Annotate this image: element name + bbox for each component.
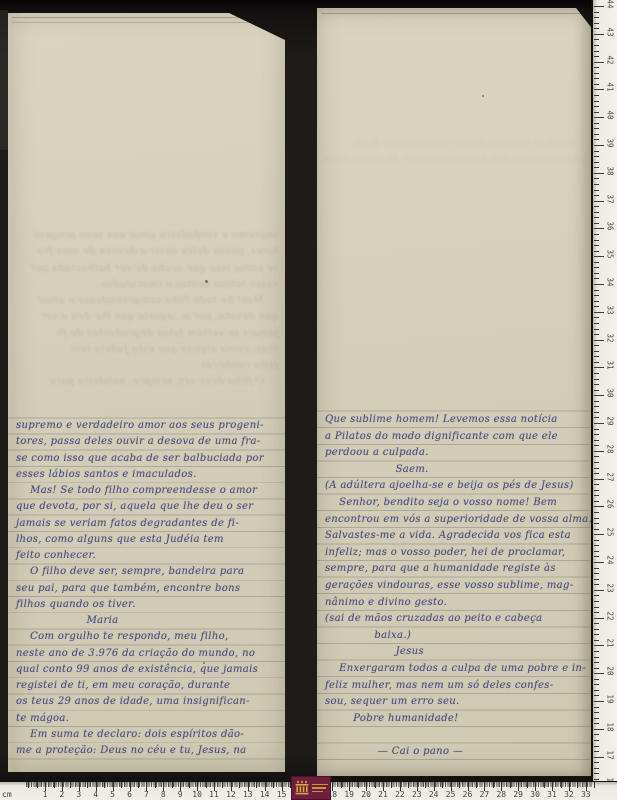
- ruler-number: 17: [606, 750, 615, 764]
- ruler-tick: [594, 290, 599, 291]
- handwritten-line: esses lábios santos e imaculados.: [18, 277, 278, 293]
- handwritten-line: perdoou a culpada.: [325, 445, 589, 462]
- ruler-tick: [121, 782, 122, 788]
- ruler-tick: [594, 468, 599, 469]
- ruler-tick: [594, 284, 604, 285]
- ruler-number: 23: [606, 583, 615, 597]
- handwritten-line: Senhor, bendito seja o vosso nome! Bem: [325, 495, 589, 512]
- ruler-tick: [594, 573, 599, 574]
- ruler-tick: [594, 445, 599, 446]
- ruler-number: 26: [463, 790, 473, 799]
- handwritten-line: filhos quando os tiver.: [16, 597, 280, 613]
- ruler-tick: [594, 112, 599, 113]
- ruler-tick: [594, 629, 599, 630]
- bleedthrough-text: supremo e verdadeiro amor aos seus proge…: [18, 228, 278, 391]
- ruler-tick: [594, 312, 604, 313]
- ruler-number: 32: [606, 333, 615, 347]
- ruler-tick: [594, 701, 604, 702]
- handwritten-line: neste ano de 3.976 da criação do mundo, …: [16, 646, 280, 662]
- handwritten-line: me a proteção: Deus no céu e tu, Jesus, …: [16, 743, 280, 759]
- ruler-tick: [594, 178, 599, 179]
- handwritten-line: registei de ti, em meu coração, durante: [16, 678, 280, 694]
- ruler-tick: [408, 782, 409, 788]
- ruler-tick: [594, 623, 599, 624]
- ruler-tick: [493, 782, 494, 788]
- handwritten-line: Com orgulho te respondo, meu filho,: [16, 629, 280, 645]
- handwritten-line: Pobre humanidade!: [325, 711, 589, 728]
- ruler-tick: [594, 540, 599, 541]
- ruler-number: 21: [378, 790, 388, 799]
- ruler-number: 19: [606, 695, 615, 709]
- ruler-tick: [594, 684, 599, 685]
- ruler-number: 9: [178, 790, 183, 799]
- ruler-tick: [594, 351, 599, 352]
- ruler-tick: [594, 673, 604, 674]
- handwritten-line: sempre, para que a humanidade registe às: [325, 561, 589, 578]
- ruler-number: 36: [606, 222, 615, 236]
- ruler-tick: [594, 117, 604, 118]
- ruler-tick: [594, 645, 604, 646]
- ruler-tick: [594, 373, 599, 374]
- handwritten-line: O filho deve ser, sempre, bandeira para: [16, 564, 280, 580]
- ruler-tick: [594, 440, 599, 441]
- ruler-tick: [594, 51, 599, 52]
- ruler-tick: [476, 782, 477, 788]
- ruler-tick: [104, 782, 105, 788]
- ruler-number: 22: [606, 611, 615, 625]
- ruler-tick: [594, 401, 599, 402]
- ruler-tick: [594, 782, 595, 788]
- ruler-number: 31: [547, 790, 557, 799]
- ruler-tick: [594, 273, 599, 274]
- handwritten-line: Jesus: [325, 644, 589, 661]
- paper-speck: [203, 662, 205, 664]
- ruler-tick: [594, 501, 599, 502]
- ruler-tick: [594, 173, 604, 174]
- ruler-tick: [594, 278, 599, 279]
- ruler-tick: [273, 782, 274, 788]
- ruler-tick: [239, 782, 240, 788]
- handwritten-line: esses lábios santos e imaculados.: [16, 467, 280, 483]
- ruler-tick: [594, 662, 599, 663]
- ruler-tick: [594, 545, 599, 546]
- ruler-tick: [561, 782, 562, 788]
- ruler-tick: [28, 782, 29, 788]
- ruler-tick: [594, 412, 599, 413]
- ruler-tick: [594, 317, 599, 318]
- ruler-number: 40: [606, 111, 615, 125]
- handwritten-line: os teus 29 anos de idade, uma insignific…: [16, 694, 280, 710]
- handwritten-line: tores, passa deles ouvir a desova de uma…: [16, 434, 280, 450]
- ruler-number: 13: [243, 790, 253, 799]
- ruler-tick: [594, 601, 599, 602]
- ruler-number: 31: [606, 361, 615, 375]
- handwritten-line: (A adúltera ajoelha-se e beija os pés de…: [325, 478, 589, 495]
- ruler-tick: [594, 89, 604, 90]
- ruler-tick: [594, 334, 599, 335]
- stamp-text-lines: [312, 784, 328, 793]
- ruler-tick: [594, 56, 599, 57]
- handwritten-line: supremo e verdadeiro amor aos seus proge…: [18, 228, 278, 244]
- ruler-tick: [594, 668, 599, 669]
- handwritten-line: infeliz; mas o vosso poder, hei de procl…: [325, 545, 589, 562]
- ruler-tick: [594, 240, 599, 241]
- ruler-tick: [594, 184, 599, 185]
- ruler-number: 30: [530, 790, 540, 799]
- ruler-tick: [594, 595, 599, 596]
- ruler-tick: [594, 429, 599, 430]
- ruler-number: 29: [513, 790, 523, 799]
- ruler-unit-label: cm: [2, 790, 12, 799]
- ruler-number: 8: [161, 790, 166, 799]
- handwritten-line: — Cai o pano —: [325, 744, 589, 761]
- handwritten-line: Senhor, bendito seja o vosso nome! Bem: [327, 136, 587, 152]
- ruler-number: 24: [429, 790, 439, 799]
- ruler-number: 14: [260, 790, 270, 799]
- manuscript-scan: supremo e verdadeiro amor aos seus proge…: [0, 0, 617, 800]
- ruler-tick: [594, 23, 599, 24]
- ruler-number: 34: [606, 278, 615, 292]
- ruler-tick: [594, 101, 599, 102]
- vertical-ruler: 4443424140393837363534333231302928272625…: [591, 0, 617, 782]
- ruler-tick: [594, 12, 599, 13]
- ruler-tick: [594, 379, 599, 380]
- ruler-number: 26: [606, 500, 615, 514]
- ruler-tick: [70, 782, 71, 788]
- ruler-number: 33: [581, 790, 591, 799]
- ruler-number: 5: [110, 790, 115, 799]
- paper-speck: [482, 95, 484, 97]
- ruler-tick: [54, 782, 55, 788]
- ruler-tick: [594, 201, 604, 202]
- ruler-number: 12: [226, 790, 236, 799]
- ruler-number: 25: [606, 528, 615, 542]
- ruler-tick: [594, 607, 599, 608]
- right-page: Senhor, bendito seja o vosso nome! Bemen…: [317, 8, 594, 776]
- ruler-number: 24: [606, 556, 615, 570]
- ruler-tick: [594, 151, 599, 152]
- ruler-number: 43: [606, 27, 615, 41]
- handwritten-line: Mas! Se todo filho compreendesse o amor: [16, 483, 280, 499]
- ruler-tick: [594, 534, 604, 535]
- ruler-number: 3: [76, 790, 81, 799]
- ruler-tick: [594, 779, 599, 780]
- ruler-tick: [594, 145, 604, 146]
- ruler-tick: [459, 782, 460, 788]
- ruler-tick: [594, 139, 599, 140]
- right-page-handwriting: Que sublime homem! Levemos essa notíciaa…: [325, 412, 589, 760]
- ruler-number: 23: [412, 790, 422, 799]
- ruler-tick: [594, 39, 599, 40]
- ruler-tick: [594, 679, 599, 680]
- ruler-number: 2: [59, 790, 64, 799]
- ruler-number: 33: [606, 305, 615, 319]
- ruler-tick: [594, 518, 599, 519]
- ruler-tick: [594, 773, 599, 774]
- ruler-tick: [594, 212, 599, 213]
- ruler-tick: [594, 134, 599, 135]
- ruler-tick: [594, 512, 599, 513]
- ruler-tick: [189, 782, 190, 788]
- ruler-tick: [594, 167, 599, 168]
- library-building-icon: [294, 780, 310, 796]
- ruler-tick: [138, 782, 139, 788]
- ruler-tick: [594, 84, 599, 85]
- ruler-tick: [594, 568, 599, 569]
- ruler-number: 4: [93, 790, 98, 799]
- ruler-tick: [594, 73, 599, 74]
- ruler-number: 35: [606, 250, 615, 264]
- ruler-number: 44: [606, 0, 615, 14]
- handwritten-line: encontrou em vós a superioridade de voss…: [325, 512, 589, 529]
- ruler-tick: [594, 262, 599, 263]
- ruler-tick: [594, 106, 599, 107]
- ruler-tick: [256, 782, 257, 788]
- ruler-tick: [594, 245, 599, 246]
- ruler-tick: [594, 45, 599, 46]
- ruler-tick: [594, 28, 599, 29]
- ruler-number: 7: [144, 790, 149, 799]
- handwritten-line: sou, sequer um erro seu.: [325, 694, 589, 711]
- ruler-number: 41: [606, 83, 615, 97]
- left-page-handwriting: supremo e verdadeiro amor aos seus proge…: [16, 418, 280, 759]
- ruler-number: 22: [395, 790, 405, 799]
- ruler-tick: [594, 434, 599, 435]
- ruler-tick: [594, 768, 599, 769]
- ruler-tick: [594, 223, 599, 224]
- handwritten-line: Que sublime homem! Levemos essa notícia: [325, 412, 589, 429]
- ruler-tick: [594, 406, 599, 407]
- ruler-tick: [594, 34, 604, 35]
- ruler-number: 6: [127, 790, 132, 799]
- ruler-tick: [594, 156, 599, 157]
- ruler-tick: [358, 782, 359, 788]
- ruler-tick: [594, 228, 604, 229]
- ruler-tick: [594, 590, 604, 591]
- ruler-tick: [594, 6, 604, 7]
- ruler-tick: [594, 128, 599, 129]
- ruler-tick: [594, 329, 599, 330]
- ruler-tick: [594, 340, 604, 341]
- ruler-tick: [594, 729, 604, 730]
- ruler-tick: [594, 251, 599, 252]
- handwritten-line: que devota, por si, aquela que lhe deu o…: [18, 309, 278, 325]
- ruler-number: 19: [344, 790, 354, 799]
- ruler-tick: [87, 782, 88, 788]
- ruler-tick: [594, 456, 599, 457]
- ruler-tick: [594, 195, 599, 196]
- ruler-tick: [594, 62, 604, 63]
- handwritten-line: Em suma te declaro: dois espíritos dão-: [16, 727, 280, 743]
- ruler-tick: [594, 306, 599, 307]
- ruler-tick: [341, 782, 342, 788]
- ruler-tick: [594, 395, 604, 396]
- ruler-number: 30: [606, 389, 615, 403]
- ruler-tick: [594, 367, 604, 368]
- handwritten-line: gerações vindouras, esse vosso sublime, …: [325, 578, 589, 595]
- ruler-tick: [594, 551, 599, 552]
- ruler-tick: [594, 712, 599, 713]
- ruler-tick: [594, 718, 599, 719]
- handwritten-line: [325, 727, 589, 744]
- ruler-tick: [155, 782, 156, 788]
- ruler-number: 38: [606, 166, 615, 180]
- ruler-number: 28: [606, 444, 615, 458]
- handwritten-line: tores, passa deles ouvir a desova de uma…: [18, 244, 278, 260]
- ruler-number: 15: [277, 790, 287, 799]
- ruler-number: 28: [496, 790, 506, 799]
- handwritten-line: Mas! Se todo filho compreendesse o amor: [18, 293, 278, 309]
- ruler-tick: [375, 782, 376, 788]
- ruler-tick: [527, 782, 528, 788]
- handwritten-line: qual conto 99 anos de existência, que ja…: [16, 662, 280, 678]
- ruler-tick: [594, 634, 599, 635]
- ruler-tick: [594, 295, 599, 296]
- ruler-number: 25: [446, 790, 456, 799]
- ruler-tick: [594, 657, 599, 658]
- ruler-number: 42: [606, 55, 615, 69]
- ruler-tick: [594, 390, 599, 391]
- ruler-tick: [594, 95, 599, 96]
- handwritten-line: Salvastes-me a vida. Agradecida vos fica…: [325, 528, 589, 545]
- ruler-tick: [594, 345, 599, 346]
- ruler-tick: [594, 234, 599, 235]
- ruler-tick: [594, 356, 599, 357]
- ruler-tick: [594, 584, 599, 585]
- ruler-tick: [594, 690, 599, 691]
- ruler-tick: [222, 782, 223, 788]
- ruler-tick: [594, 123, 599, 124]
- sheet-edge: [12, 17, 279, 18]
- ruler-tick: [594, 506, 604, 507]
- ruler-tick: [594, 267, 599, 268]
- left-page: supremo e verdadeiro amor aos seus proge…: [8, 13, 285, 772]
- handwritten-line: encontrou em vós a superioridade de voss…: [327, 152, 587, 168]
- ruler-number: 27: [480, 790, 490, 799]
- handwritten-line: a Pilatos do modo dignificante com que e…: [325, 429, 589, 446]
- ruler-number: 39: [606, 139, 615, 153]
- ruler-number: 37: [606, 194, 615, 208]
- ruler-tick: [594, 529, 599, 530]
- bleedthrough-text: Senhor, bendito seja o vosso nome! Bemen…: [327, 136, 587, 169]
- ruler-tick: [594, 751, 599, 752]
- handwritten-line: jamais se veriam fatos degradantes de fi…: [16, 516, 280, 532]
- handwritten-line: feito conhecer.: [16, 548, 280, 564]
- ruler-tick: [594, 651, 599, 652]
- ruler-tick: [206, 782, 207, 788]
- ruler-tick: [594, 323, 599, 324]
- ruler-tick: [594, 556, 599, 557]
- ruler-tick: [594, 384, 599, 385]
- handwritten-line: feito conhecer.: [18, 358, 278, 374]
- handwritten-line: seu pai, para que também, encontre bons: [16, 581, 280, 597]
- ruler-tick: [594, 423, 604, 424]
- handwritten-line: supremo e verdadeiro amor aos seus proge…: [16, 418, 280, 434]
- handwritten-line: feliz mulher, mas nem um só deles confes…: [325, 678, 589, 695]
- ruler-tick: [594, 256, 604, 257]
- ruler-number: 10: [192, 790, 202, 799]
- ruler-number: 18: [606, 722, 615, 736]
- ruler-tick: [594, 206, 599, 207]
- ruler-tick: [594, 217, 599, 218]
- ruler-tick: [594, 640, 599, 641]
- ruler-tick: [442, 782, 443, 788]
- handwritten-line: lhos, como alguns que esta Judéia tem: [16, 532, 280, 548]
- ruler-number: 21: [606, 639, 615, 653]
- ruler-tick: [594, 484, 599, 485]
- ruler-tick: [594, 190, 599, 191]
- library-logo-stamp: [291, 776, 331, 800]
- ruler-tick: [594, 473, 599, 474]
- ruler-tick: [172, 782, 173, 788]
- ruler-tick: [594, 695, 599, 696]
- ruler-tick: [510, 782, 511, 788]
- handwritten-line: se como isso que acaba de ser balbuciada…: [18, 261, 278, 277]
- ruler-tick: [594, 490, 599, 491]
- ruler-tick: [594, 417, 599, 418]
- ruler-tick: [594, 362, 599, 363]
- sheet-edge: [12, 22, 279, 23]
- ruler-tick: [594, 78, 599, 79]
- handwritten-line: O filho deve ser, sempre, bandeira para: [18, 374, 278, 390]
- ruler-tick: [594, 479, 604, 480]
- ruler-tick: [594, 612, 599, 613]
- ruler-tick: [577, 782, 578, 788]
- ruler-tick: [391, 782, 392, 788]
- ruler-tick: [594, 618, 604, 619]
- ruler-number: 11: [209, 790, 219, 799]
- ruler-tick: [594, 523, 599, 524]
- ruler-tick: [594, 762, 599, 763]
- handwritten-line: Enxergaram todos a culpa de uma pobre e …: [325, 661, 589, 678]
- ruler-number: 32: [564, 790, 574, 799]
- handwritten-line: jamais se veriam fatos degradantes de fi…: [18, 326, 278, 342]
- ruler-tick: [594, 757, 604, 758]
- handwritten-line: Saem.: [325, 462, 589, 479]
- sheet-edge: [321, 13, 588, 14]
- ruler-tick: [594, 301, 599, 302]
- handwritten-line: nânimo e divino gesto.: [325, 595, 589, 612]
- ruler-tick: [594, 67, 599, 68]
- ruler-tick: [594, 734, 599, 735]
- ruler-tick: [594, 495, 599, 496]
- ruler-tick: [594, 451, 604, 452]
- paper-speck: [205, 280, 208, 283]
- handwritten-line: baixa.): [325, 628, 589, 645]
- ruler-tick: [544, 782, 545, 788]
- ruler-number: 29: [606, 417, 615, 431]
- handwritten-line: (sai de mãos cruzadas ao peito e cabeça: [325, 611, 589, 628]
- ruler-tick: [594, 579, 599, 580]
- ruler-number: 20: [361, 790, 371, 799]
- ruler-tick: [594, 17, 599, 18]
- handwritten-line: Maria: [16, 613, 280, 629]
- ruler-tick: [425, 782, 426, 788]
- ruler-tick: [594, 723, 599, 724]
- ruler-number: 20: [606, 667, 615, 681]
- ruler-tick: [594, 462, 599, 463]
- handwritten-line: se como isso que acaba de ser balbuciada…: [16, 451, 280, 467]
- ruler-number: 1: [43, 790, 48, 799]
- handwritten-line: te mágoa.: [16, 711, 280, 727]
- ruler-tick: [594, 162, 599, 163]
- ruler-tick: [594, 707, 599, 708]
- ruler-tick: [594, 746, 599, 747]
- ruler-number: 27: [606, 472, 615, 486]
- ruler-tick: [37, 782, 38, 788]
- handwritten-line: lhos, como alguns que esta Judéia tem: [18, 342, 278, 358]
- handwritten-line: que devota, por si, aquela que lhe deu o…: [16, 499, 280, 515]
